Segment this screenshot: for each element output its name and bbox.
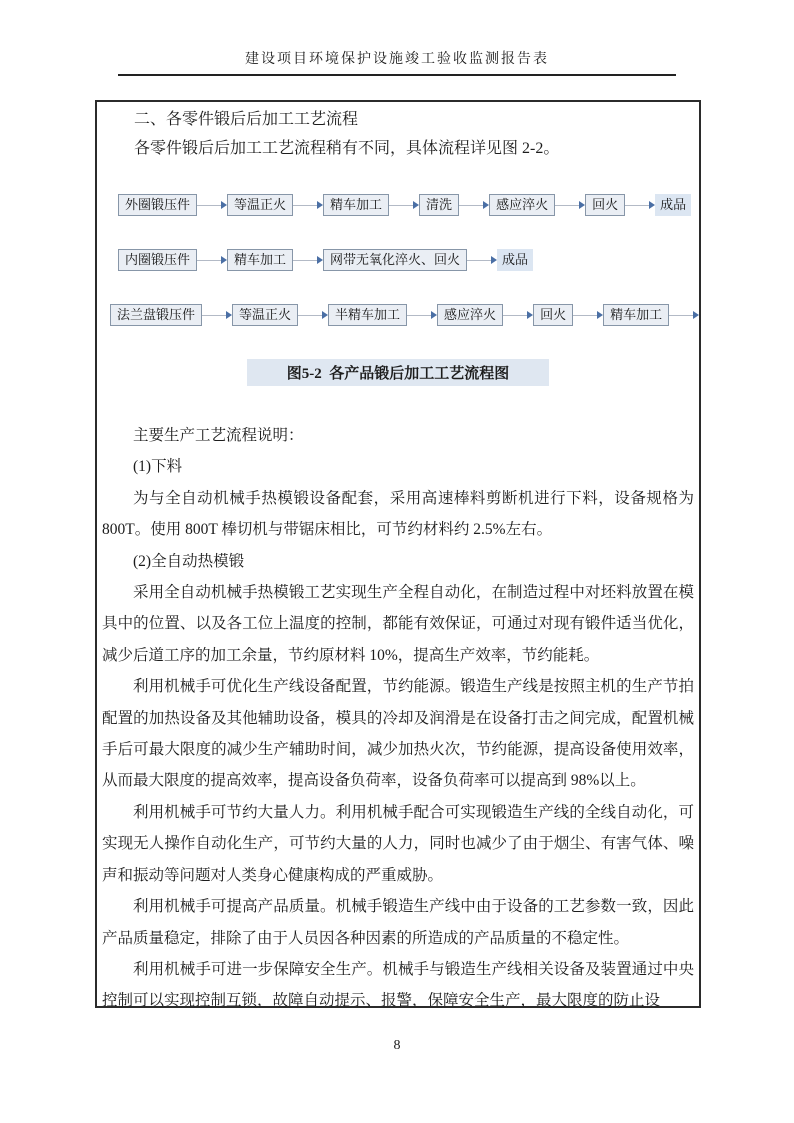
flow-step-box: 清洗 bbox=[419, 194, 459, 216]
report-body-box: 二、各零件锻后后加工工艺流程 各零件锻后后加工工艺流程稍有不同，具体流程详见图 … bbox=[95, 100, 701, 1008]
flow-step-box: 精车加工 bbox=[603, 304, 669, 326]
flow-arrow-icon bbox=[293, 201, 323, 209]
figure-caption: 图5-2 各产品锻后加工工艺流程图 bbox=[247, 359, 550, 386]
body-paragraph: 采用全自动机械手热模锻工艺实现生产全程自动化，在制造过程中对坯料放置在模具中的位… bbox=[102, 577, 694, 671]
flow-arrow-icon bbox=[197, 256, 227, 264]
flow-arrow-icon bbox=[669, 311, 699, 319]
flow-step-box: 等温正火 bbox=[232, 304, 298, 326]
flow-arrow-icon bbox=[503, 311, 533, 319]
flow-arrow-icon bbox=[202, 311, 232, 319]
flow-arrow-icon bbox=[467, 256, 497, 264]
flow-arrow-icon bbox=[197, 201, 227, 209]
intro-paragraph: 各零件锻后后加工工艺流程稍有不同，具体流程详见图 2-2。 bbox=[102, 134, 694, 164]
page-number: 8 bbox=[0, 1038, 794, 1054]
body-paragraph: 利用机械手可提高产品质量。机械手锻造生产线中由于设备的工艺参数一致，因此产品质量… bbox=[102, 891, 694, 954]
flow-step-box: 精车加工 bbox=[323, 194, 389, 216]
flow-arrow-icon bbox=[555, 201, 585, 209]
flow-row: 法兰盘锻压件等温正火半精车加工感应淬火回火精车加工成品 bbox=[102, 304, 694, 326]
flow-step-box: 外圈锻压件 bbox=[118, 194, 197, 216]
flow-step-box: 回火 bbox=[533, 304, 573, 326]
body-paragraph: 主要生产工艺流程说明： bbox=[102, 420, 694, 451]
flow-step-box: 网带无氧化淬火、回火 bbox=[323, 249, 467, 271]
body-paragraph: 为与全自动机械手热模锻设备配套，采用高速棒料剪断机进行下料，设备规格为800T。… bbox=[102, 483, 694, 546]
flow-final-box: 成品 bbox=[497, 249, 533, 271]
body-paragraph: 利用机械手可节约大量人力。利用机械手配合可实现锻造生产线的全线自动化，可实现无人… bbox=[102, 797, 694, 891]
flow-step-box: 等温正火 bbox=[227, 194, 293, 216]
flow-step-box: 感应淬火 bbox=[437, 304, 503, 326]
flow-final-box: 成品 bbox=[699, 304, 701, 326]
report-header-title: 建设项目环境保护设施竣工验收监测报告表 bbox=[0, 48, 794, 68]
body-paragraphs: 主要生产工艺流程说明：(1)下料为与全自动机械手热模锻设备配套，采用高速棒料剪断… bbox=[102, 420, 694, 1008]
flow-arrow-icon bbox=[293, 256, 323, 264]
flow-arrow-icon bbox=[625, 201, 655, 209]
body-paragraph: (1)下料 bbox=[102, 451, 694, 482]
flow-row: 外圈锻压件等温正火精车加工清洗感应淬火回火成品 bbox=[102, 194, 694, 216]
flow-final-box: 成品 bbox=[655, 194, 691, 216]
flow-step-box: 精车加工 bbox=[227, 249, 293, 271]
body-paragraph: 利用机械手可优化生产线设备配置，节约能源。锻造生产线是按照主机的生产节拍配置的加… bbox=[102, 671, 694, 797]
flow-arrow-icon bbox=[407, 311, 437, 319]
body-paragraph: (2)全自动热模锻 bbox=[102, 546, 694, 577]
flow-arrow-icon bbox=[573, 311, 603, 319]
figure-caption-wrap: 图5-2 各产品锻后加工工艺流程图 bbox=[102, 359, 694, 386]
flow-step-box: 感应淬火 bbox=[489, 194, 555, 216]
section-heading: 二、各零件锻后后加工工艺流程 bbox=[102, 106, 694, 134]
body-paragraph: 利用机械手可进一步保障安全生产。机械手与锻造生产线相关设备及装置通过中央控制可以… bbox=[102, 954, 694, 1008]
flow-step-box: 半精车加工 bbox=[328, 304, 407, 326]
header-rule bbox=[118, 74, 676, 76]
flow-step-box: 法兰盘锻压件 bbox=[110, 304, 202, 326]
flow-row: 内圈锻压件精车加工网带无氧化淬火、回火成品 bbox=[102, 249, 694, 271]
flowchart: 外圈锻压件等温正火精车加工清洗感应淬火回火成品内圈锻压件精车加工网带无氧化淬火、… bbox=[102, 194, 694, 326]
flow-arrow-icon bbox=[459, 201, 489, 209]
flow-step-box: 内圈锻压件 bbox=[118, 249, 197, 271]
flow-arrow-icon bbox=[298, 311, 328, 319]
flow-arrow-icon bbox=[389, 201, 419, 209]
flow-step-box: 回火 bbox=[585, 194, 625, 216]
